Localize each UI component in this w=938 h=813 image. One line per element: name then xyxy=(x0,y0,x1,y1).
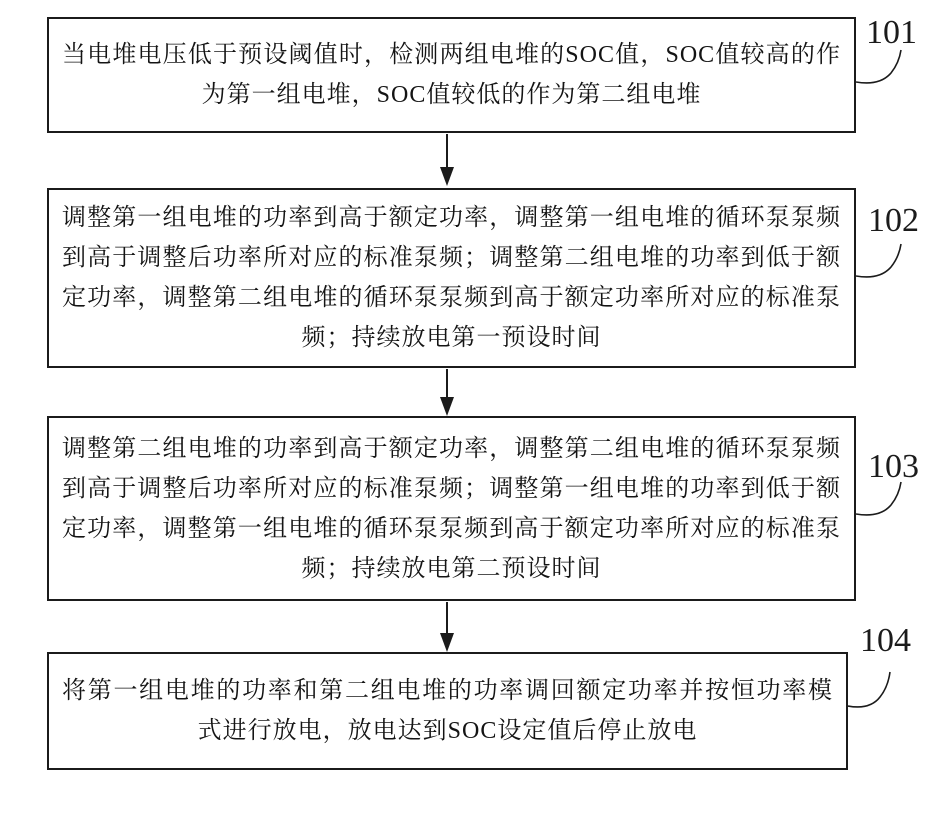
flowchart: 当电堆电压低于预设阈值时，检测两组电堆的SOC值，SOC值较高的作为第一组电堆，… xyxy=(0,0,938,813)
flow-step-2: 调整第一组电堆的功率到高于额定功率，调整第一组电堆的循环泵泵频到高于调整后功率所… xyxy=(47,188,856,368)
flow-step-4: 将第一组电堆的功率和第二组电堆的功率调回额定功率并按恒功率模式进行放电，放电达到… xyxy=(47,652,848,770)
leader-line-101 xyxy=(856,48,906,88)
arrow-down-3 xyxy=(438,602,456,652)
ref-label-102: 102 xyxy=(868,204,919,238)
leader-line-104 xyxy=(848,668,896,712)
flow-step-3: 调整第二组电堆的功率到高于额定功率，调整第二组电堆的循环泵泵频到高于调整后功率所… xyxy=(47,416,856,601)
flow-step-3-text: 调整第二组电堆的功率到高于额定功率，调整第二组电堆的循环泵泵频到高于调整后功率所… xyxy=(62,429,841,589)
arrow-down-2 xyxy=(438,369,456,416)
arrow-down-1 xyxy=(438,134,456,186)
flow-step-1-text: 当电堆电压低于预设阈值时，检测两组电堆的SOC值，SOC值较高的作为第一组电堆，… xyxy=(62,35,841,115)
ref-label-101: 101 xyxy=(866,16,917,50)
leader-line-102 xyxy=(856,242,906,282)
flow-step-1: 当电堆电压低于预设阈值时，检测两组电堆的SOC值，SOC值较高的作为第一组电堆，… xyxy=(47,17,856,133)
ref-label-103: 103 xyxy=(868,450,919,484)
leader-line-103 xyxy=(856,480,906,520)
ref-label-104: 104 xyxy=(860,624,911,658)
flow-step-2-text: 调整第一组电堆的功率到高于额定功率，调整第一组电堆的循环泵泵频到高于调整后功率所… xyxy=(62,198,841,358)
flow-step-4-text: 将第一组电堆的功率和第二组电堆的功率调回额定功率并按恒功率模式进行放电，放电达到… xyxy=(62,671,833,751)
